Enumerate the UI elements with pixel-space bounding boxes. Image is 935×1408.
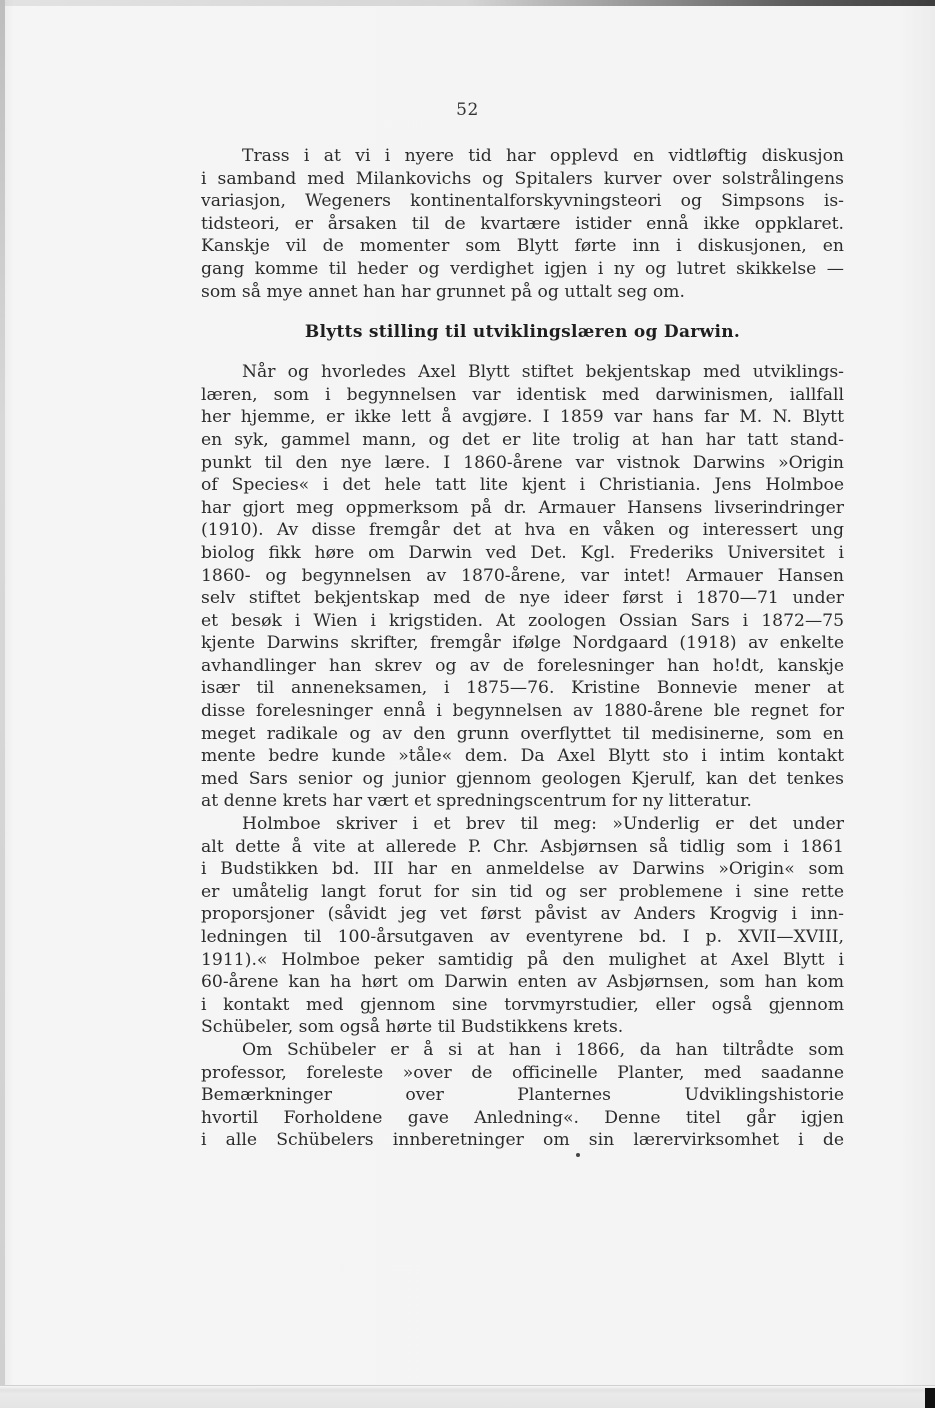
text-line: punkt til den nye lære. I 1860-årene var…: [201, 452, 844, 475]
text-line: et besøk i Wien i krigstiden. At zoologe…: [201, 610, 844, 633]
text-line: Kanskje vil de momenter som Blytt førte …: [201, 235, 844, 258]
text-line: Holmboe skriver i et brev til meg: »Unde…: [201, 813, 844, 836]
paragraph-2: Når og hvorledes Axel Blytt stiftet bekj…: [201, 361, 844, 813]
paragraph-3: Holmboe skriver i et brev til meg: »Unde…: [201, 813, 844, 1039]
paragraph-4: Om Schübeler er å si at han i 1866, da h…: [201, 1039, 844, 1152]
text-line: avhandlinger han skrev og av de forelesn…: [201, 655, 844, 678]
text-line: er umåtelig langt forut for sin tid og s…: [201, 881, 844, 904]
text-line: meget radikale og av den grunn overflytt…: [201, 723, 844, 746]
text-line: proporsjoner (såvidt jeg vet først påvis…: [201, 903, 844, 926]
text-line: 1860- og begynnelsen av 1870-årene, var …: [201, 565, 844, 588]
text-line: 1911).« Holmboe peker samtidig på den mu…: [201, 949, 844, 972]
text-line: en syk, gammel mann, og det er lite trol…: [201, 429, 844, 452]
text-line: Bemærkninger over Planternes Udviklingsh…: [201, 1084, 844, 1107]
text-line: hvortil Forholdene gave Anledning«. Denn…: [201, 1107, 844, 1130]
text-line: at denne krets har vært et spredningscen…: [201, 790, 844, 813]
text-line: Når og hvorledes Axel Blytt stiftet bekj…: [201, 361, 844, 384]
text-line: her hjemme, er ikke lett å avgjøre. I 18…: [201, 406, 844, 429]
text-line: i alle Schübelers innberetninger om sin …: [201, 1129, 844, 1152]
text-line: især til anneneksamen, i 1875—76. Kristi…: [201, 677, 844, 700]
body-text: Trass i at vi i nyere tid har opplevd en…: [201, 145, 844, 1152]
text-line: 60-årene kan ha hørt om Darwin enten av …: [201, 971, 844, 994]
section-heading: Blytts stilling til utviklingslæren og D…: [201, 303, 844, 361]
text-line: kjente Darwins skrifter, fremgår ifølge …: [201, 632, 844, 655]
text-line: i samband med Milankovichs og Spitalers …: [201, 168, 844, 191]
text-line: Om Schübeler er å si at han i 1866, da h…: [201, 1039, 844, 1062]
scanned-page: 52 Trass i at vi i nyere tid har opplevd…: [0, 0, 935, 1408]
text-line: gang komme til heder og verdighet igjen …: [201, 258, 844, 281]
text-line: Schübeler, som også hørte til Budstikken…: [201, 1016, 844, 1039]
text-line: tidsteori, er årsaken til de kvartære is…: [201, 213, 844, 236]
text-line: of Species« i det hele tatt lite kjent i…: [201, 474, 844, 497]
text-line: har gjort meg oppmerksom på dr. Armauer …: [201, 497, 844, 520]
text-line: variasjon, Wegeners kontinentalforskyvni…: [201, 190, 844, 213]
text-line: selv stiftet bekjentskap med de nye idee…: [201, 587, 844, 610]
text-line: Trass i at vi i nyere tid har opplevd en…: [201, 145, 844, 168]
print-speck: [576, 1153, 580, 1157]
text-line: i Budstikken bd. III har en anmeldelse a…: [201, 858, 844, 881]
page-top-edge-shadow: [0, 0, 935, 6]
text-line: mente bedre kunde »tåle« dem. Da Axel Bl…: [201, 745, 844, 768]
text-line: biolog fikk høre om Darwin ved Det. Kgl.…: [201, 542, 844, 565]
text-line: med Sars senior og junior gjennom geolog…: [201, 768, 844, 791]
text-line: alt dette å vite at allerede P. Chr. Asb…: [201, 836, 844, 859]
text-line: disse forelesninger ennå i begynnelsen a…: [201, 700, 844, 723]
text-line: professor, foreleste »over de officinell…: [201, 1062, 844, 1085]
text-line: læren, som i begynnelsen var identisk me…: [201, 384, 844, 407]
paragraph-1: Trass i at vi i nyere tid har opplevd en…: [201, 145, 844, 303]
page-left-edge-shadow: [0, 0, 5, 1408]
scan-corner-mark: [925, 1388, 935, 1408]
text-line: som så mye annet han har grunnet på og u…: [201, 281, 844, 304]
page-number: 52: [0, 100, 935, 120]
page-bottom-edge: [0, 1385, 935, 1408]
text-line: (1910). Av disse fremgår det at hva en v…: [201, 519, 844, 542]
text-line: i kontakt med gjennom sine torvmyrstudie…: [201, 994, 844, 1017]
text-line: ledningen til 100-årsutgaven av eventyre…: [201, 926, 844, 949]
